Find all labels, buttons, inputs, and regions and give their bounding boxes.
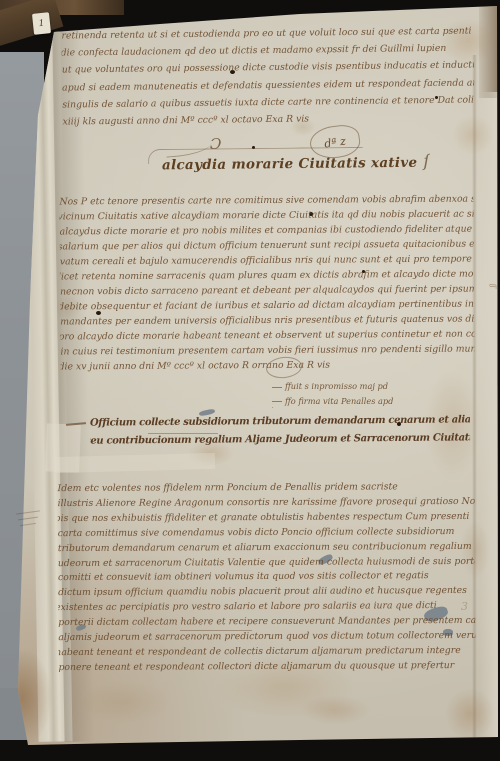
heading-flourish: ſ [423, 152, 430, 172]
margin-numeral: 3 [461, 600, 468, 613]
manuscript-line: die xv junii anno dni Mº cccº xl octavo … [59, 357, 474, 375]
stain [80, 680, 170, 724]
manuscript-line: xiiij kls augusti anno dni Mº cccº xl oc… [62, 108, 474, 130]
stain [300, 695, 370, 725]
grant-collecta-block: Idem etc volentes nos ffidelem nrm Ponci… [57, 480, 475, 676]
manuscript-line: ffo firma vita Penalles apd [272, 394, 394, 409]
folio-number-tab: 1 [32, 12, 51, 35]
grant-alcaydia-block: Nos P etc tenore presentis carte nre com… [59, 192, 474, 375]
heading-text: alcaydia morarie Ciuitatis xative [162, 155, 417, 174]
manuscript-line: in cuius rei testimonium presentem carta… [60, 342, 474, 360]
heading-line: seu contribucionum regalium Aljame Judeo… [90, 429, 470, 450]
stain [445, 688, 495, 740]
manuscript-photo: retinenda retenta ut si et custodienda p… [0, 0, 500, 761]
chancery-note: ffuit s inpromisso maj pd ffo firma vita… [272, 379, 394, 408]
fore-edge-marginalia: ʃʃ [486, 284, 497, 326]
manuscript-page: retinenda retenta ut si et custodienda p… [0, 0, 500, 761]
registry-mark-text: dª z [323, 134, 346, 150]
manuscript-line: ponere teneant et respondeant collectori… [58, 659, 475, 676]
paragraph-mark: Ɔ [210, 135, 221, 153]
upper-text-block: retinenda retenta ut si et custodienda p… [61, 22, 474, 130]
right-page-edge [480, 92, 498, 742]
repair-patch [55, 453, 215, 473]
manuscript-line: ffuit s inpromisso maj pd [272, 379, 394, 394]
folio-number: 1 [38, 18, 45, 29]
manuscript-line: carta comittimus sive comendamus vobis d… [58, 525, 475, 542]
manuscript-line: tributorum demandarum cenarum et aliarum… [58, 540, 475, 557]
section-heading-officium: Officium collecte subsidiorum tributorum… [90, 411, 470, 449]
section-heading-alcaydia: alcaydia morarie Ciuitatis xativeſ [162, 152, 430, 175]
